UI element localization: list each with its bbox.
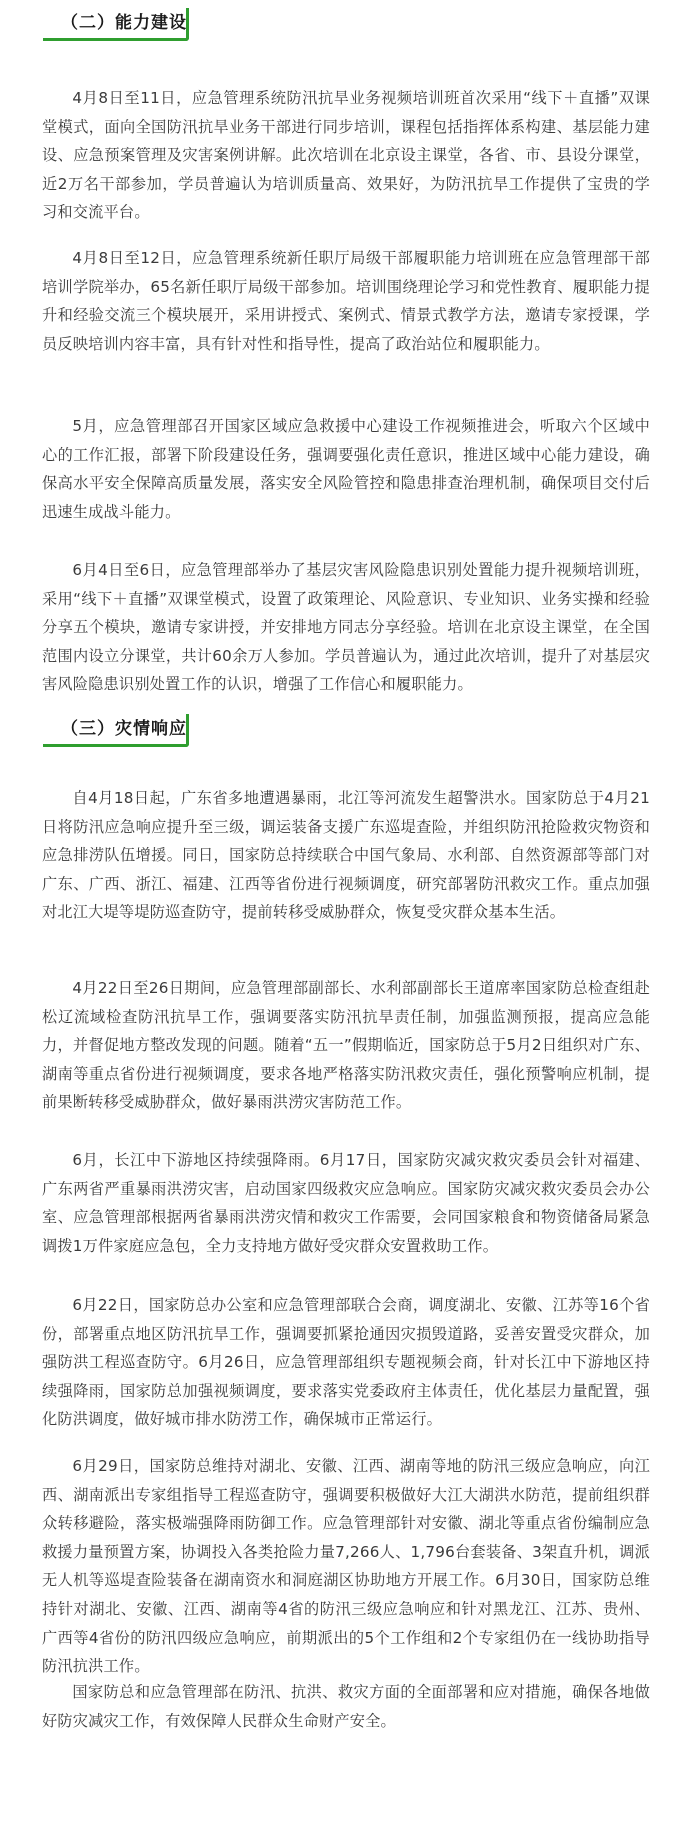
paragraph-flood-drought-training: 4月8日至11日，应急管理系统防汛抗旱业务视频培训班首次采用“线下＋直播”双课堂…: [42, 84, 650, 227]
section-heading-text: （二）能力建设: [61, 8, 186, 38]
section-heading-text: （三）灾情响应: [61, 714, 186, 744]
paragraph-grassroots-risk-training: 6月4日至6日，应急管理部举办了基层灾害风险隐患识别处置能力提升视频培训班，采用…: [42, 556, 650, 699]
paragraph-guangdong-rainstorm: 自4月18日起，广东省多地遭遇暴雨，北江等河流发生超警洪水。国家防总于4月21日…: [42, 784, 650, 927]
section-heading-disaster-response: （三）灾情响应: [43, 714, 189, 747]
paragraph-yangtze-june-rain: 6月，长江中下游地区持续强降雨。6月17日，国家防灾减灾救灾委员会针对福建、广东…: [42, 1146, 650, 1260]
section-heading-capacity-building: （二）能力建设: [43, 8, 189, 41]
paragraph-june29-response: 6月29日，国家防总维持对湖北、安徽、江西、湖南等地的防汛三级应急响应，向江西、…: [42, 1452, 650, 1681]
paragraph-new-cadre-training: 4月8日至12日，应急管理系统新任职厅局级干部履职能力培训班在应急管理部干部培训…: [42, 244, 650, 358]
paragraph-songliao-inspection: 4月22日至26日期间，应急管理部副部长、水利部副部长王道席率国家防总检查组赴松…: [42, 974, 650, 1117]
paragraph-june22-consultation: 6月22日，国家防总办公室和应急管理部联合会商，调度湖北、安徽、江苏等16个省份…: [42, 1291, 650, 1434]
paragraph-conclusion: 国家防总和应急管理部在防汛、抗洪、救灾方面的全面部署和应对措施，确保各地做好防灾…: [42, 1678, 650, 1735]
paragraph-regional-rescue-center: 5月，应急管理部召开国家区域应急救援中心建设工作视频推进会，听取六个区域中心的工…: [42, 412, 650, 526]
